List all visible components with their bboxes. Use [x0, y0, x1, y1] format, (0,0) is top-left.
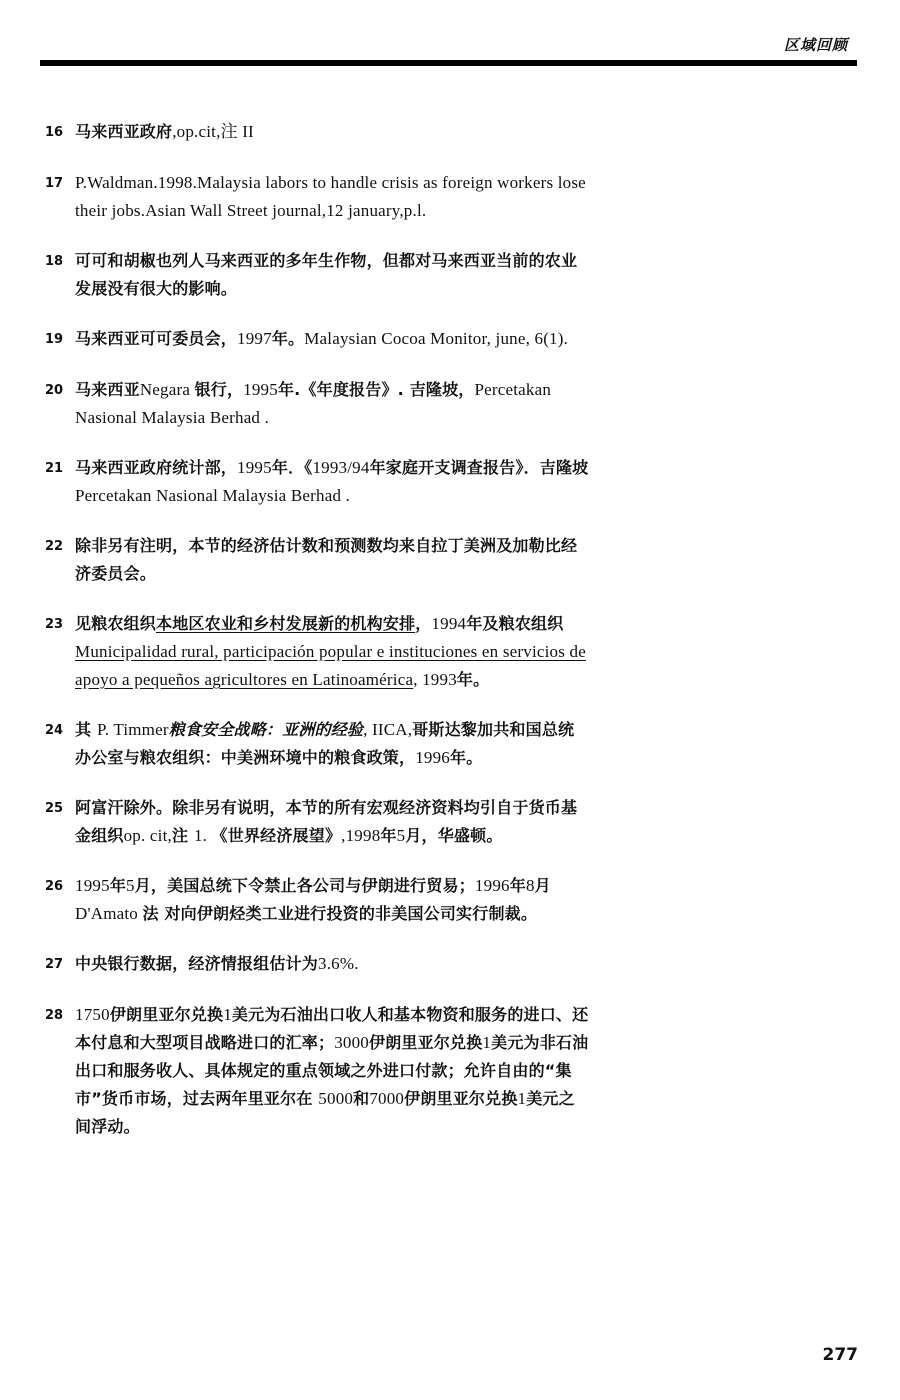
endnote-number: 28	[45, 1001, 75, 1030]
text-segment: 1750	[75, 1005, 110, 1024]
text-segment: 1995	[237, 458, 272, 477]
text-segment: ,op.cit,注 II	[172, 122, 254, 141]
endnote-item: 281750伊朗里亚尔兑换1美元为石油出口收人和基本物资和服务的进口、还本付息和…	[45, 1001, 590, 1141]
text-segment: 1997	[237, 329, 272, 348]
text-segment: 马来西亚政府	[75, 122, 172, 141]
text-segment: 1996	[475, 876, 510, 895]
endnote-item: 18可可和胡椒也列人马来西亚的多年生作物，但都对马来西亚当前的农业发展没有很大的…	[45, 247, 590, 303]
text-segment: 5000	[318, 1089, 353, 1108]
text-segment: 1995	[75, 876, 110, 895]
text-segment: 年及粮农组织	[466, 614, 563, 633]
text-segment: 伊朗里亚尔兑换	[369, 1033, 482, 1052]
text-segment: 3.6%.	[318, 954, 359, 973]
italic-title: 粮食安全战略：亚洲的经验	[169, 720, 363, 739]
endnote-item: 22除非另有注明，本节的经济估计数和预测数均来自拉丁美洲及加勒比经济委员会。	[45, 532, 590, 588]
text-segment: 中央银行数据，经济情报组估计为	[75, 954, 318, 973]
text-segment: P. Timmer	[97, 720, 169, 739]
header-rule	[40, 60, 857, 66]
text-segment: 月	[535, 876, 551, 895]
text-segment: 马来西亚可可委员会，	[75, 329, 237, 348]
text-segment: Percetakan Nasional Malaysia Berhad .	[75, 486, 350, 505]
text-segment: 1995	[243, 380, 278, 399]
page-number: 277	[823, 1345, 859, 1365]
endnote-text: 中央银行数据，经济情报组估计为3.6%.	[75, 950, 590, 978]
text-segment: 可可和胡椒也列人马来西亚的多年生作物，但都对马来西亚当前的农业发展没有很大的影响…	[75, 251, 577, 298]
endnote-number: 21	[45, 454, 75, 483]
text-segment: 年.《年度报告》. 吉隆坡，	[278, 380, 475, 399]
endnote-text: 除非另有注明，本节的经济估计数和预测数均来自拉丁美洲及加勒比经济委员会。	[75, 532, 590, 588]
text-segment: 注	[172, 826, 194, 845]
text-segment: 1993/94	[312, 458, 369, 477]
endnote-text: 马来西亚可可委员会，1997年。Malaysian Cocoa Monitor,…	[75, 325, 590, 353]
endnote-item: 23见粮农组织本地区农业和乡村发展新的机构安排，1994年及粮农组织 Munic…	[45, 610, 590, 694]
endnote-number: 18	[45, 247, 75, 276]
text-segment: Malaysian Cocoa Monitor, june, 6(1).	[304, 329, 568, 348]
text-segment: 年	[110, 876, 126, 895]
text-segment: 其	[75, 720, 97, 739]
endnote-text: 马来西亚政府统计部，1995年．《1993/94年家庭开支调查报告》．吉隆坡 P…	[75, 454, 590, 510]
endnote-item: 25阿富汗除外。除非另有说明，本节的所有宏观经济资料均引自于货币基金组织op. …	[45, 794, 590, 850]
text-segment: 1	[518, 1089, 527, 1108]
text-segment: ，	[415, 614, 431, 633]
text-segment: 1996	[415, 748, 450, 767]
text-segment: 5	[397, 826, 406, 845]
text-segment: 伊朗里亚尔兑换	[404, 1089, 517, 1108]
text-segment: 1	[223, 1005, 232, 1024]
text-segment: 5	[126, 876, 135, 895]
endnote-item: 17P.Waldman.1998.Malaysia labors to hand…	[45, 169, 590, 225]
endnotes-list: 16马来西亚政府,op.cit,注 II17P.Waldman.1998.Mal…	[45, 118, 590, 1163]
text-segment: 年	[510, 876, 526, 895]
endnote-item: 27中央银行数据，经济情报组估计为3.6%.	[45, 950, 590, 979]
endnote-number: 24	[45, 716, 75, 745]
endnote-number: 22	[45, 532, 75, 561]
endnote-number: 26	[45, 872, 75, 901]
text-segment: 年	[380, 826, 396, 845]
running-head-title: 区域回顾	[784, 34, 848, 55]
text-segment: 《世界经济展望》	[212, 826, 342, 845]
endnote-text: 马来西亚政府,op.cit,注 II	[75, 118, 590, 146]
text-segment: 1994	[431, 614, 466, 633]
text-segment: ,1998	[341, 826, 380, 845]
text-segment: op. cit,	[124, 826, 172, 845]
text-segment: 马来西亚	[75, 380, 140, 399]
text-segment: 银行，	[195, 380, 244, 399]
text-segment: 年家庭开支调查报告》．吉隆坡	[370, 458, 589, 477]
endnote-text: 1995年5月，美国总统下令禁止各公司与伊朗进行贸易；1996年8月 D'Ama…	[75, 872, 590, 928]
text-segment: 法 对向伊朗烃类工业进行投资的非美国公司实行制裁。	[142, 904, 537, 923]
endnote-item: 21马来西亚政府统计部，1995年．《1993/94年家庭开支调查报告》．吉隆坡…	[45, 454, 590, 510]
endnote-number: 20	[45, 376, 75, 405]
endnote-text: 马来西亚Negara 银行，1995年.《年度报告》. 吉隆坡，Percetak…	[75, 376, 590, 432]
endnote-number: 17	[45, 169, 75, 198]
endnote-text: 1750伊朗里亚尔兑换1美元为石油出口收人和基本物资和服务的进口、还本付息和大型…	[75, 1001, 590, 1141]
endnote-item: 20马来西亚Negara 银行，1995年.《年度报告》. 吉隆坡，Percet…	[45, 376, 590, 432]
endnote-item: 16马来西亚政府,op.cit,注 II	[45, 118, 590, 147]
endnote-number: 16	[45, 118, 75, 147]
endnote-text: 阿富汗除外。除非另有说明，本节的所有宏观经济资料均引自于货币基金组织op. ci…	[75, 794, 590, 850]
text-segment: 1.	[194, 826, 212, 845]
endnote-text: P.Waldman.1998.Malaysia labors to handle…	[75, 169, 590, 225]
text-segment: 年。	[272, 329, 304, 348]
text-segment: 月，华盛顿。	[405, 826, 502, 845]
endnote-item: 19马来西亚可可委员会，1997年。Malaysian Cocoa Monito…	[45, 325, 590, 354]
text-segment: 3000	[334, 1033, 369, 1052]
text-segment: 8	[526, 876, 535, 895]
text-segment: 马来西亚政府统计部，	[75, 458, 237, 477]
endnote-number: 23	[45, 610, 75, 639]
text-segment: D'Amato	[75, 904, 142, 923]
endnote-item: 24其 P. Timmer粮食安全战略：亚洲的经验, IICA,哥斯达黎加共和国…	[45, 716, 590, 772]
text-segment: 1	[482, 1033, 491, 1052]
text-segment: , IICA,	[363, 720, 412, 739]
underlined-title: 本地区农业和乡村发展新的机构安排	[156, 614, 415, 633]
text-segment: 伊朗里亚尔兑换	[110, 1005, 223, 1024]
underlined-title: Municipalidad rural, participación popul…	[75, 642, 586, 689]
text-segment: 年．《	[272, 458, 313, 477]
text-segment: 和	[353, 1089, 369, 1108]
endnote-text: 见粮农组织本地区农业和乡村发展新的机构安排，1994年及粮农组织 Municip…	[75, 610, 590, 694]
endnote-number: 27	[45, 950, 75, 979]
text-segment: 7000	[369, 1089, 404, 1108]
endnote-text: 其 P. Timmer粮食安全战略：亚洲的经验, IICA,哥斯达黎加共和国总统…	[75, 716, 590, 772]
endnote-number: 19	[45, 325, 75, 354]
endnote-number: 25	[45, 794, 75, 823]
text-segment: 年。	[457, 670, 489, 689]
text-segment: , 1993	[413, 670, 457, 689]
endnote-text: 可可和胡椒也列人马来西亚的多年生作物，但都对马来西亚当前的农业发展没有很大的影响…	[75, 247, 590, 303]
text-segment: P.Waldman.1998.Malaysia labors to handle…	[75, 173, 586, 220]
endnote-item: 261995年5月，美国总统下令禁止各公司与伊朗进行贸易；1996年8月 D'A…	[45, 872, 590, 928]
text-segment: 年。	[450, 748, 482, 767]
text-segment: 见粮农组织	[75, 614, 156, 633]
text-segment: Negara	[140, 380, 195, 399]
text-segment: 月，美国总统下令禁止各公司与伊朗进行贸易；	[135, 876, 475, 895]
text-segment: 除非另有注明，本节的经济估计数和预测数均来自拉丁美洲及加勒比经济委员会。	[75, 536, 577, 583]
